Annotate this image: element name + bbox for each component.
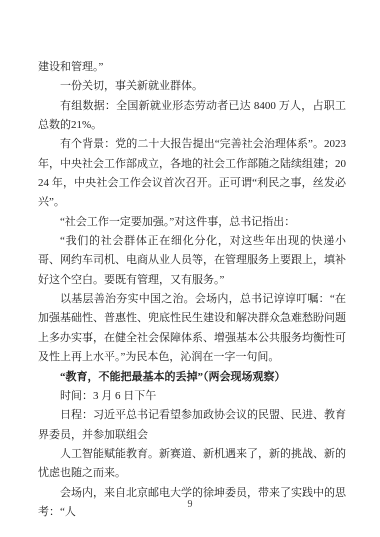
paragraph: 建设和管理。” — [38, 58, 346, 77]
paragraph: 日程：习近平总书记看望参加政协会议的民盟、民进、教育界委员，并参加联组会 — [38, 406, 346, 445]
paragraph: “教育，不能把最基本的丢掉”（两会现场观察） — [38, 368, 346, 387]
paragraph: 一份关切，事关新就业群体。 — [38, 77, 346, 96]
document-page: 建设和管理。”一份关切，事关新就业群体。有组数据：全国新就业形态劳动者已达 84… — [0, 0, 380, 537]
document-body: 建设和管理。”一份关切，事关新就业群体。有组数据：全国新就业形态劳动者已达 84… — [38, 58, 346, 522]
paragraph: 有个背景：党的二十大报告提出“完善社会治理体系”。2023 年，中央社会工作部成… — [38, 135, 346, 212]
paragraph: 以基层善治夯实中国之治。会场内，总书记谆谆叮嘱：“在加强基础性、普惠性、兜底性民… — [38, 290, 346, 367]
paragraph: 人工智能赋能教育。新赛道、新机遇来了，新的挑战、新的忧虑也随之而来。 — [38, 445, 346, 484]
paragraph: 时间：3 月 6 日下午 — [38, 387, 346, 406]
paragraph: 有组数据：全国新就业形态劳动者已达 8400 万人，占职工总数的21%。 — [38, 97, 346, 136]
paragraph: “社会工作一定要加强。”对这件事，总书记指出： — [38, 213, 346, 232]
paragraph: “我们的社会群体正在细化分化，对这些年出现的快递小哥、网约车司机、电商从业人员等… — [38, 232, 346, 290]
page-number: 9 — [0, 499, 380, 510]
